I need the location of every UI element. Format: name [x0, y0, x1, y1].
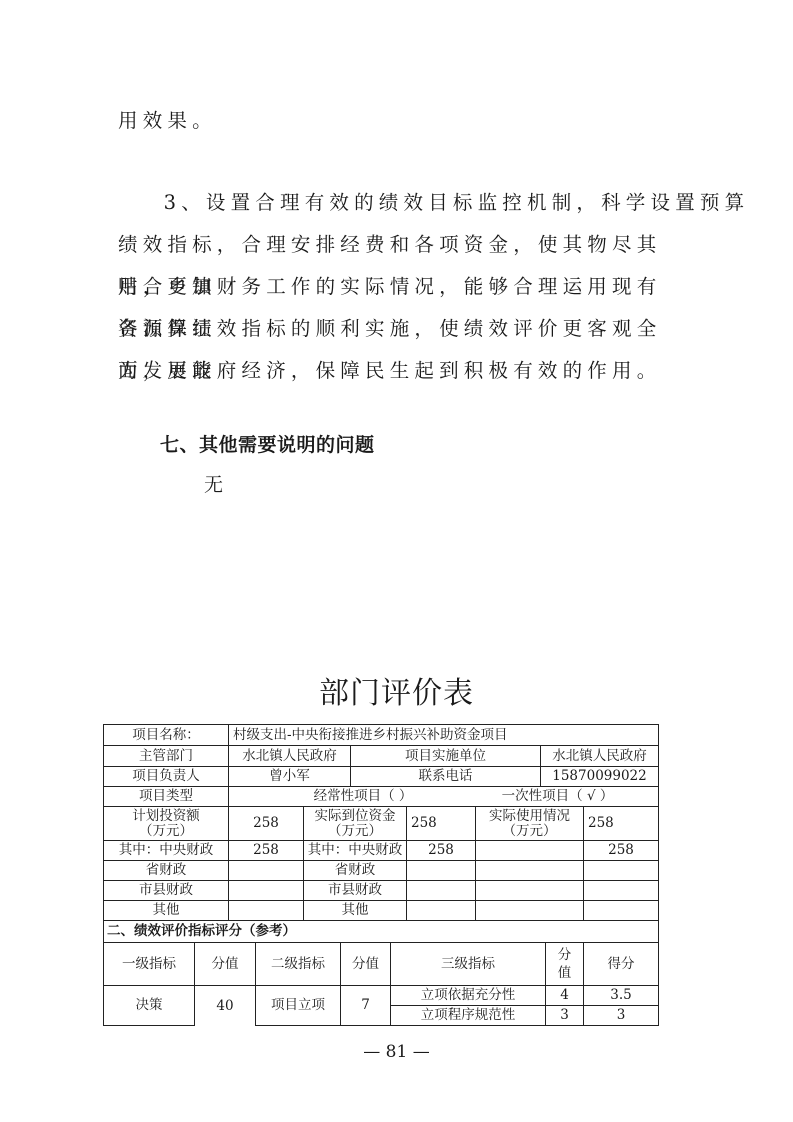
phone-label: 联系电话 [350, 766, 541, 787]
page-number: — 81 — [0, 1042, 793, 1062]
section-7-content: 无 [204, 470, 223, 497]
paragraph-line: 3、设置合理有效的绩效目标监控机制，科学设置预算 [118, 182, 678, 224]
project-name-label: 项目名称： [103, 724, 229, 746]
supervising-dept-label: 主管部门 [103, 745, 229, 767]
actual-use-value: 258 [583, 806, 659, 841]
planned-investment-label: 计划投资额 （万元） [103, 806, 229, 841]
score-header-score2: 分值 [340, 942, 391, 986]
level2-score: 7 [340, 985, 391, 1026]
planned-investment-value: 258 [228, 806, 304, 841]
actual-funds-label: 实际到位资金 （万元） [303, 806, 407, 841]
leader-value: 曾小军 [228, 766, 351, 787]
project-type-value: 经常性项目（ ） 一次性项目（ √ ） [228, 786, 659, 807]
paragraph-continuation: 用效果。 [118, 100, 678, 142]
section-7-heading: 七、其他需要说明的问题 [160, 430, 375, 457]
type-recurring: 经常性项目（ ） [314, 789, 413, 804]
project-name-value: 村级支出-中央衔接推进乡村振兴补助资金项目 [228, 724, 659, 746]
level1-indicator: 决策 [103, 985, 195, 1026]
paragraph-line: 为发展政府经济，保障民生起到积极有效的作用。 [118, 350, 678, 392]
section-2-title: 二、绩效评价指标评分（参考） [103, 920, 659, 943]
impl-unit-label: 项目实施单位 [350, 745, 541, 767]
level1-score: 40 [194, 985, 256, 1026]
project-type-label: 项目类型 [103, 786, 229, 807]
score-header-score3: 分 值 [545, 942, 584, 986]
leader-label: 项目负责人 [103, 766, 229, 787]
level2-indicator: 项目立项 [255, 985, 341, 1026]
type-onetime: 一次性项目（ √ ） [502, 789, 614, 804]
score-header-earned: 得分 [583, 942, 659, 986]
actual-funds-value: 258 [406, 806, 476, 841]
score-header-score1: 分值 [194, 942, 256, 986]
score-header-level2: 二级指标 [255, 942, 341, 986]
supervising-dept-value: 水北镇人民政府 [228, 745, 351, 767]
impl-unit-value: 水北镇人民政府 [540, 745, 659, 767]
score-header-level3: 三级指标 [390, 942, 546, 986]
table-title: 部门评价表 [0, 668, 793, 712]
phone-value: 15870099022 [540, 766, 659, 787]
actual-use-label: 实际使用情况 （万元） [475, 806, 584, 841]
score-header-level1: 一级指标 [103, 942, 195, 986]
